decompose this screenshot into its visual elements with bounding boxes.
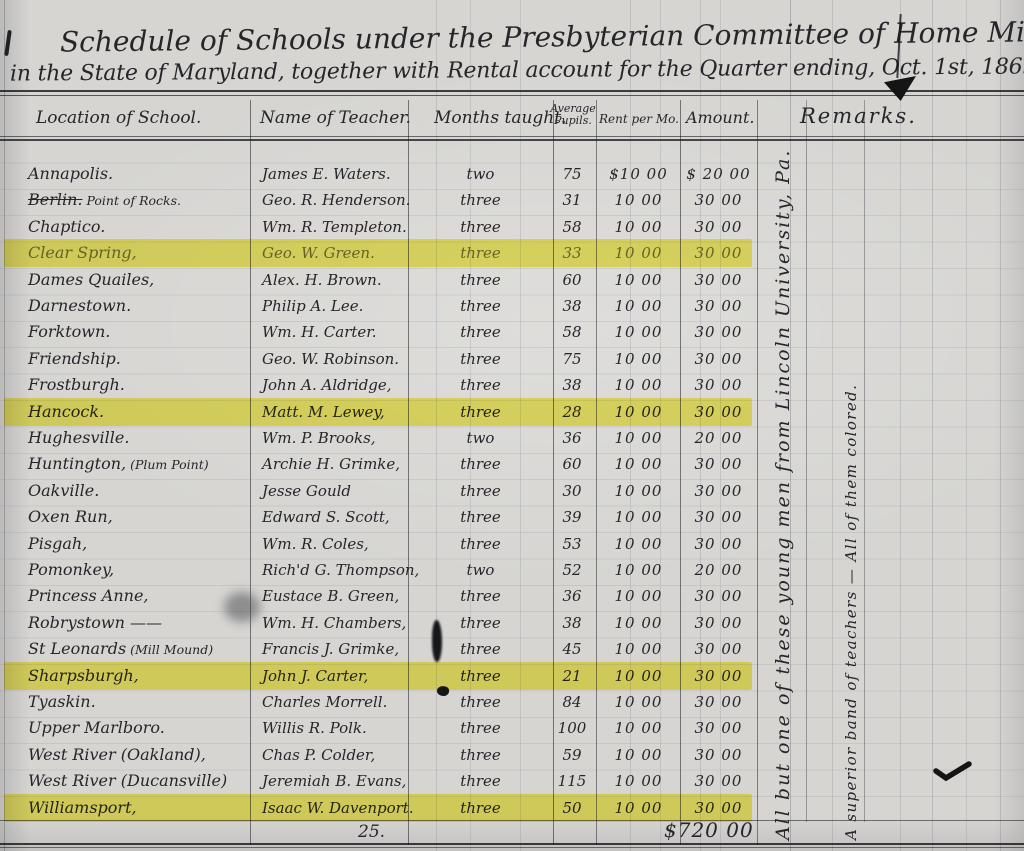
row-rent-per-month: 10 00 [598, 452, 679, 478]
row-rent-per-month: 10 00 [598, 611, 679, 637]
row-location-text: Robrystown —— [28, 613, 162, 632]
row-location-note: (Mill Mound) [126, 642, 213, 657]
column-header-months: Months taught. [434, 108, 566, 128]
rule-line-horizontal [0, 139, 1024, 141]
remarks-note-line2: A superior band of teachers — All of the… [842, 404, 860, 840]
row-amount: 30 00 [681, 716, 756, 742]
row-months-taught: three [408, 188, 553, 214]
column-header-amount: Amount. [686, 108, 754, 127]
row-teacher: Rich'd G. Thompson, [262, 558, 419, 584]
row-months-taught: three [408, 584, 553, 610]
row-teacher: Alex. H. Brown. [262, 268, 382, 294]
row-amount: 30 00 [681, 479, 756, 505]
row-months-taught: three [408, 320, 553, 346]
row-location: Frostburgh. [28, 373, 125, 399]
table-row: Huntington, (Plum Point)Archie H. Grimke… [0, 452, 770, 478]
row-average-pupils: 58 [548, 215, 596, 241]
row-amount: 30 00 [681, 188, 756, 214]
row-location-text: Pomonkey, [28, 560, 114, 579]
row-rent-per-month: 10 00 [598, 373, 679, 399]
row-amount: $ 20 00 [681, 162, 756, 188]
table-row: Pomonkey,Rich'd G. Thompson,two5210 0020… [0, 558, 770, 584]
row-months-taught: three [408, 532, 553, 558]
row-rent-per-month: 10 00 [598, 743, 679, 769]
row-teacher: Charles Morrell. [262, 690, 387, 716]
rule-line-horizontal [0, 843, 1024, 845]
rule-line-vertical [864, 100, 865, 822]
row-teacher: Wm. H. Carter. [262, 320, 377, 346]
table-row: Oxen Run,Edward S. Scott,three3910 0030 … [0, 505, 770, 531]
row-months-taught: three [408, 452, 553, 478]
row-average-pupils: 36 [548, 584, 596, 610]
column-header-location: Location of School. [36, 108, 201, 128]
row-location-text: West River (Oakland), [28, 745, 206, 764]
row-highlight [4, 662, 752, 690]
rule-line-horizontal [0, 847, 1024, 848]
row-location-text: Chaptico. [28, 217, 105, 236]
table-row: Princess Anne,Eustace B. Green,three3610… [0, 584, 770, 610]
column-header-pupils-line2: Pupils. [549, 115, 597, 127]
row-rent-per-month: 10 00 [598, 215, 679, 241]
row-location-text: Oxen Run, [28, 507, 113, 526]
row-months-taught: three [408, 769, 553, 795]
row-rent-per-month: 10 00 [598, 294, 679, 320]
row-rent-per-month: 10 00 [598, 188, 679, 214]
row-average-pupils: 38 [548, 294, 596, 320]
row-amount: 30 00 [681, 769, 756, 795]
row-location-text: Oakville. [28, 481, 99, 500]
column-header-rent: Rent per Mo. [599, 112, 679, 126]
row-average-pupils: 59 [548, 743, 596, 769]
row-teacher: James E. Waters. [262, 162, 391, 188]
table-row: Robrystown ——Wm. H. Chambers,three3810 0… [0, 611, 770, 637]
row-location: Princess Anne, [28, 584, 149, 610]
row-teacher: Edward S. Scott, [262, 505, 390, 531]
row-rent-per-month: 10 00 [598, 558, 679, 584]
row-location-text: Princess Anne, [28, 586, 149, 605]
table-row: Dames Quailes,Alex. H. Brown.three6010 0… [0, 268, 770, 294]
row-location: Annapolis. [28, 162, 113, 188]
row-average-pupils: 38 [548, 373, 596, 399]
row-location: Darnestown. [28, 294, 131, 320]
row-location: Tyaskin. [28, 690, 96, 716]
row-teacher: Geo. R. Henderson. [262, 188, 410, 214]
row-teacher: Wm. P. Brooks, [262, 426, 376, 452]
row-amount: 30 00 [681, 373, 756, 399]
table-row: West River (Oakland),Chas P. Colder,thre… [0, 743, 770, 769]
row-teacher: Jesse Gould [262, 479, 351, 505]
row-location: West River (Oakland), [28, 743, 206, 769]
document-title-line2: in the State of Maryland, together with … [10, 54, 1024, 86]
row-months-taught: three [408, 505, 553, 531]
row-months-taught: three [408, 637, 553, 663]
table-row: Chaptico.Wm. R. Templeton.three5810 0030… [0, 215, 770, 241]
row-location-note: (Plum Point) [126, 457, 209, 472]
row-months-taught: three [408, 611, 553, 637]
row-teacher: Chas P. Colder, [262, 743, 375, 769]
row-location-text: Huntington, [28, 454, 126, 473]
table-row: Pisgah,Wm. R. Coles,three5310 0030 00 [0, 532, 770, 558]
row-rent-per-month: 10 00 [598, 769, 679, 795]
table-row: St Leonards (Mill Mound)Francis J. Grimk… [0, 637, 770, 663]
rule-line-horizontal [0, 136, 1024, 137]
row-location: Chaptico. [28, 215, 105, 241]
row-amount: 30 00 [681, 743, 756, 769]
row-amount: 20 00 [681, 558, 756, 584]
row-teacher: Jeremiah B. Evans, [262, 769, 406, 795]
row-months-taught: three [408, 716, 553, 742]
row-location-text: West River (Ducansville) [28, 771, 227, 790]
rule-line-vertical [932, 0, 933, 851]
row-location: Dames Quailes, [28, 268, 154, 294]
row-location-text: Tyaskin. [28, 692, 96, 711]
row-rent-per-month: 10 00 [598, 532, 679, 558]
row-months-taught: two [408, 558, 553, 584]
row-location-text: Annapolis. [28, 164, 113, 183]
row-teacher: Geo. W. Robinson. [262, 347, 399, 373]
row-average-pupils: 39 [548, 505, 596, 531]
check-mark-blot [933, 760, 973, 782]
table-row: Frostburgh.John A. Aldridge,three3810 00… [0, 373, 770, 399]
remarks-note-line1: All but one of these young men from Linc… [772, 160, 794, 840]
row-location-text: Darnestown. [28, 296, 131, 315]
row-location-text: Forktown. [28, 322, 110, 341]
row-highlight [4, 794, 752, 822]
row-months-taught: three [408, 479, 553, 505]
row-rent-per-month: $10 00 [598, 162, 679, 188]
row-average-pupils: 38 [548, 611, 596, 637]
row-location: West River (Ducansville) [28, 769, 227, 795]
row-location-text: Frostburgh. [28, 375, 125, 394]
row-location: Forktown. [28, 320, 110, 346]
row-rent-per-month: 10 00 [598, 637, 679, 663]
row-location: Huntington, (Plum Point) [28, 452, 209, 478]
row-rent-per-month: 10 00 [598, 347, 679, 373]
row-rent-per-month: 10 00 [598, 505, 679, 531]
row-rent-per-month: 10 00 [598, 479, 679, 505]
table-row: Friendship.Geo. W. Robinson.three7510 00… [0, 347, 770, 373]
row-average-pupils: 75 [548, 347, 596, 373]
row-average-pupils: 53 [548, 532, 596, 558]
row-amount: 30 00 [681, 452, 756, 478]
rule-line-vertical [806, 100, 807, 822]
table-row: Forktown.Wm. H. Carter.three5810 0030 00 [0, 320, 770, 346]
row-months-taught: three [408, 294, 553, 320]
row-location-text: Upper Marlboro. [28, 718, 165, 737]
row-months-taught: three [408, 268, 553, 294]
row-teacher: Archie H. Grimke, [262, 452, 400, 478]
row-location: Upper Marlboro. [28, 716, 165, 742]
row-amount: 30 00 [681, 268, 756, 294]
row-average-pupils: 52 [548, 558, 596, 584]
row-months-taught: three [408, 347, 553, 373]
row-amount: 30 00 [681, 611, 756, 637]
total-school-count: 25. [358, 822, 385, 842]
row-amount: 30 00 [681, 320, 756, 346]
row-amount: 30 00 [681, 637, 756, 663]
row-average-pupils: 60 [548, 268, 596, 294]
row-location: Oxen Run, [28, 505, 113, 531]
table-row: Hughesville.Wm. P. Brooks,two3610 0020 0… [0, 426, 770, 452]
row-location-text: Pisgah, [28, 534, 87, 553]
column-header-teacher: Name of Teacher. [260, 108, 411, 128]
rule-line-vertical [1000, 0, 1001, 851]
row-amount: 20 00 [681, 426, 756, 452]
row-average-pupils: 31 [548, 188, 596, 214]
row-average-pupils: 36 [548, 426, 596, 452]
row-months-taught: three [408, 215, 553, 241]
row-average-pupils: 75 [548, 162, 596, 188]
row-average-pupils: 30 [548, 479, 596, 505]
row-rent-per-month: 10 00 [598, 716, 679, 742]
row-location-text: Dames Quailes, [28, 270, 154, 289]
table-row: Annapolis.James E. Waters.two75$10 00$ 2… [0, 162, 770, 188]
row-average-pupils: 84 [548, 690, 596, 716]
row-teacher: John A. Aldridge, [262, 373, 392, 399]
row-months-taught: three [408, 373, 553, 399]
row-teacher: Willis R. Polk. [262, 716, 367, 742]
row-location: Hughesville. [28, 426, 129, 452]
row-teacher: Wm. R. Coles, [262, 532, 369, 558]
row-months-taught: two [408, 426, 553, 452]
row-teacher: Francis J. Grimke, [262, 637, 399, 663]
row-teacher: Eustace B. Green, [262, 584, 399, 610]
row-location: Friendship. [28, 347, 121, 373]
document-title-line1: Schedule of Schools under the Presbyteri… [60, 14, 1024, 58]
row-rent-per-month: 10 00 [598, 320, 679, 346]
row-teacher: Philip A. Lee. [262, 294, 363, 320]
row-amount: 30 00 [681, 294, 756, 320]
row-location: St Leonards (Mill Mound) [28, 637, 213, 663]
row-highlight [4, 398, 752, 426]
row-rent-per-month: 10 00 [598, 268, 679, 294]
row-location: Berlin. Point of Rocks. [28, 188, 181, 214]
row-location-note: Point of Rocks. [83, 193, 181, 208]
row-months-taught: three [408, 690, 553, 716]
row-amount: 30 00 [681, 215, 756, 241]
row-amount: 30 00 [681, 690, 756, 716]
row-location-text: Berlin. [28, 190, 83, 209]
table-row: Upper Marlboro.Willis R. Polk.three10010… [0, 716, 770, 742]
rule-line-vertical [966, 0, 967, 851]
row-teacher: Wm. H. Chambers, [262, 611, 406, 637]
row-average-pupils: 58 [548, 320, 596, 346]
column-header-pupils: Average Pupils. [549, 103, 597, 127]
row-average-pupils: 45 [548, 637, 596, 663]
total-amount: $720 00 [664, 818, 754, 842]
rule-line-horizontal [0, 90, 1024, 92]
row-highlight [4, 239, 752, 267]
row-location: Pisgah, [28, 532, 87, 558]
column-header-remarks: Remarks. [800, 104, 917, 128]
row-teacher: Wm. R. Templeton. [262, 215, 407, 241]
row-location: Pomonkey, [28, 558, 114, 584]
row-average-pupils: 60 [548, 452, 596, 478]
page-edge-mark [4, 30, 12, 56]
row-rent-per-month: 10 00 [598, 690, 679, 716]
row-location: Robrystown —— [28, 611, 162, 637]
row-average-pupils: 115 [548, 769, 596, 795]
row-location-text: St Leonards [28, 639, 126, 658]
row-location-text: Friendship. [28, 349, 121, 368]
scanned-document-page: Schedule of Schools under the Presbyteri… [0, 0, 1024, 851]
row-average-pupils: 100 [548, 716, 596, 742]
row-location-text: Hughesville. [28, 428, 129, 447]
row-amount: 30 00 [681, 584, 756, 610]
row-amount: 30 00 [681, 532, 756, 558]
table-row: Berlin. Point of Rocks.Geo. R. Henderson… [0, 188, 770, 214]
row-location: Oakville. [28, 479, 99, 505]
table-row: West River (Ducansville)Jeremiah B. Evan… [0, 769, 770, 795]
row-months-taught: three [408, 743, 553, 769]
table-row: Oakville.Jesse Gouldthree3010 0030 00 [0, 479, 770, 505]
row-rent-per-month: 10 00 [598, 426, 679, 452]
row-months-taught: two [408, 162, 553, 188]
row-amount: 30 00 [681, 505, 756, 531]
table-row: Darnestown.Philip A. Lee.three3810 0030 … [0, 294, 770, 320]
rule-line-horizontal [0, 95, 1024, 96]
row-amount: 30 00 [681, 347, 756, 373]
table-row: Tyaskin.Charles Morrell.three8410 0030 0… [0, 690, 770, 716]
row-rent-per-month: 10 00 [598, 584, 679, 610]
